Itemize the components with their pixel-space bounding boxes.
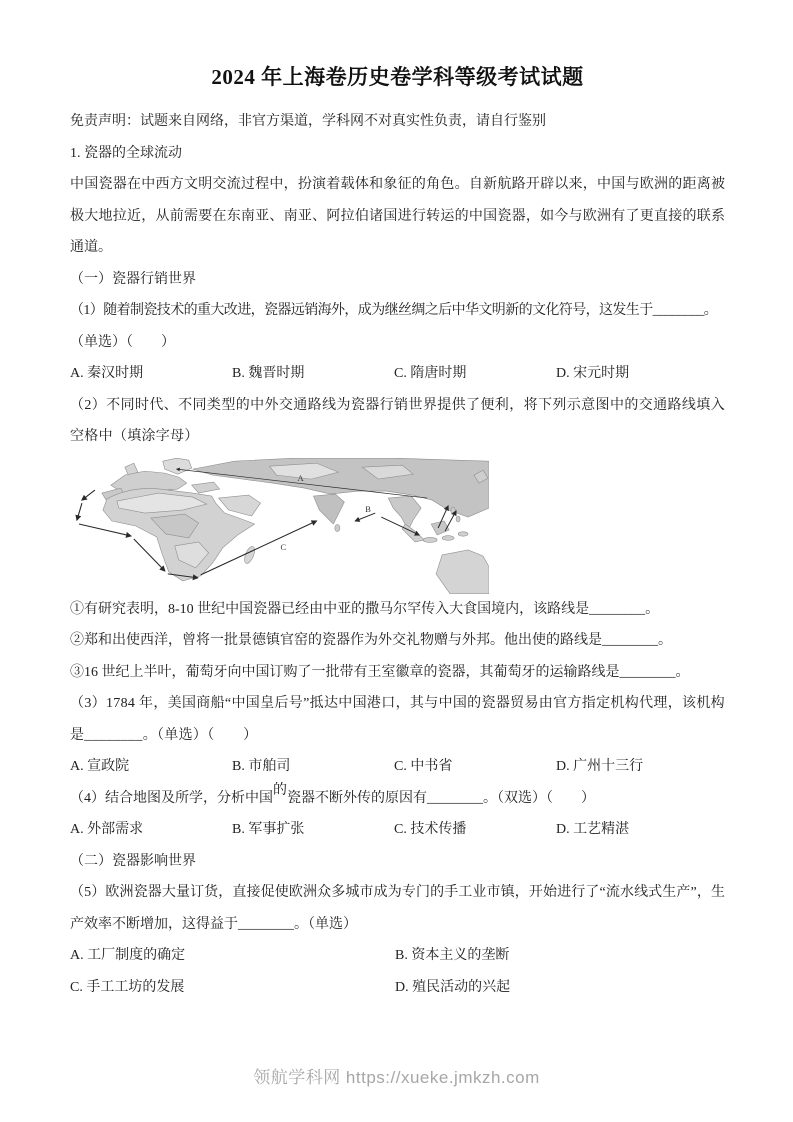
landmass-java [423,537,437,542]
q1-stem: （1）随着制瓷技术的重大改进，瓷器远销海外，成为继丝绸之后中华文明新的文化符号，… [70,295,725,327]
q3-options: A. 宣政院 B. 市舶司 C. 中书省 D. 广州十三行 [70,751,725,783]
landmass-australia [436,549,489,593]
question-1-heading: 1. 瓷器的全球流动 [70,138,725,170]
trade-routes-map-svg: A B C [65,458,489,594]
q4-stem: （4）结合地图及所学，分析中国的瓷器不断外传的原因有________。（双选）（… [70,783,725,815]
q2-stem: （2）不同时代、不同类型的中外交通路线为瓷器行销世界提供了便利，将下列示意图中的… [70,390,725,453]
route-label-a: A [297,473,304,483]
q1-option-b: B. 魏晋时期 [232,358,394,390]
route-label-c: C [280,541,286,551]
landmass-india [313,494,344,524]
q1-option-d: D. 宋元时期 [556,358,725,390]
landmasses [102,458,489,594]
q3-option-b: B. 市舶司 [232,751,394,783]
q5-options-row-1: A. 工厂制度的确定 B. 资本主义的垄断 [70,940,725,972]
landmass-scandinavia [163,458,192,474]
q4-option-b: B. 军事扩张 [232,814,394,846]
q2-subitem-1: ①有研究表明，8-10 世纪中国瓷器已经由中亚的撒马尔罕传入大食国境内，该路线是… [70,594,725,626]
q5-option-b: B. 资本主义的垄断 [395,940,725,972]
landmass-sri-lanka [335,524,340,531]
q5-option-c: C. 手工工坊的发展 [70,972,395,1004]
landmass-timor [458,531,468,535]
q1-option-a: A. 秦汉时期 [70,358,232,390]
page-footer: 领航学科网 https://xueke.jmkzh.com [0,1063,793,1088]
landmass-philippines-south [456,516,460,522]
q4-option-c: C. 技术传播 [394,814,556,846]
trade-routes-map: A B C [65,458,489,594]
q3-option-d: D. 广州十三行 [556,751,725,783]
q3-stem: （3）1784 年，美国商船“中国皇后号”抵达中国港口，其与中国的瓷器贸易由官方… [70,688,725,751]
intro-paragraph: 中国瓷器在中西方文明交流过程中，扮演着载体和象征的角色。自新航路开辟以来，中国与… [70,169,725,264]
q2-subitem-3: ③16 世纪上半叶，葡萄牙向中国订购了一批带有王室徽章的瓷器，其葡萄牙的运输路线… [70,657,725,689]
q1-options: A. 秦汉时期 B. 魏晋时期 C. 隋唐时期 D. 宋元时期 [70,358,725,390]
q4-stem-part1: （4）结合地图及所学，分析中国 [70,791,273,806]
landmass-lesser-sunda [442,535,454,540]
q4-stem-part2: 瓷器不断外传的原因有________。（双选）（ ） [287,791,595,806]
page-title: 2024 年上海卷历史卷学科等级考试试题 [70,62,725,92]
q2-subitem-2: ②郑和出使西洋，曾将一批景德镇官窑的瓷器作为外交礼物赠与外邦。他出使的路线是__… [70,625,725,657]
landmass-anatolia [192,482,220,493]
q5-stem: （5）欧洲瓷器大量订货，直接促使欧洲众多城市成为专门的手工业市镇，开始进行了“流… [70,877,725,940]
q5-options-row-2: C. 手工工坊的发展 D. 殖民活动的兴起 [70,972,725,1004]
exam-page: 2024 年上海卷历史卷学科等级考试试题 免责声明：试题来自网络，非官方渠道，学… [0,0,793,1122]
q4-option-a: A. 外部需求 [70,814,232,846]
disclaimer-text: 免责声明：试题来自网络，非官方渠道，学科网不对真实性负责，请自行鉴别 [70,106,725,138]
q1-answer-type: （单选）（ ） [70,327,725,359]
landmass-sumatra [402,524,424,542]
q1-option-c: C. 隋唐时期 [394,358,556,390]
route-label-b: B [365,504,371,514]
section-1-heading: （一）瓷器行销世界 [70,264,725,296]
q3-option-a: A. 宣政院 [70,751,232,783]
q4-options: A. 外部需求 B. 军事扩张 C. 技术传播 D. 工艺精湛 [70,814,725,846]
q3-option-c: C. 中书省 [394,751,556,783]
section-2-heading: （二）瓷器影响世界 [70,846,725,878]
q4-option-d: D. 工艺精湛 [556,814,725,846]
q5-option-a: A. 工厂制度的确定 [70,940,395,972]
q5-option-d: D. 殖民活动的兴起 [395,972,725,1004]
q4-stem-superscript: 的 [273,783,287,798]
